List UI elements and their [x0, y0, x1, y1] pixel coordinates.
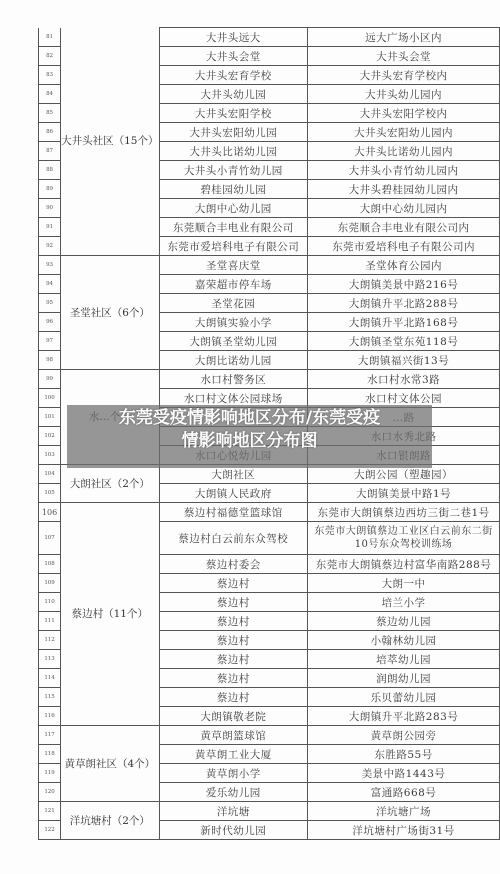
site-address-cell: 大朗镇升平北路168号: [308, 313, 500, 332]
row-number: 112: [39, 631, 61, 650]
site-name-cell: 蔡边村福德堂篮球馆: [159, 503, 308, 522]
site-name-cell: 水口村警务区: [159, 370, 308, 389]
site-name-cell: 蔡边村: [159, 574, 308, 593]
site-name-cell: 大井头幼儿园: [159, 85, 308, 104]
row-number: 116: [39, 707, 61, 726]
site-address-cell: 培兰小学: [308, 593, 500, 612]
site-name-cell: 大朗镇圣堂幼儿园: [159, 332, 308, 351]
site-address-cell: 东莞市大朗镇蔡边村富华南路288号: [308, 555, 500, 574]
site-address-cell: 大朗镇福兴街13号: [308, 351, 500, 370]
site-name-cell: 蔡边村: [159, 593, 308, 612]
site-name-cell: 黄草朗小学: [159, 764, 308, 783]
site-name-cell: 新时代幼儿园: [159, 821, 308, 840]
row-number: 92: [39, 237, 61, 256]
caption-text: 东莞受疫情影响地区分布/东莞受疫 情影响地区分布图: [67, 407, 432, 453]
site-name-cell: 大朗比诺幼儿园: [159, 351, 308, 370]
site-name-cell: 东莞市爱培科电子有限公司: [159, 237, 308, 256]
row-number: 111: [39, 612, 61, 631]
row-number: 115: [39, 688, 61, 707]
site-address-cell: 水口村水常3路: [308, 370, 500, 389]
community-cell: 黄草朗社区（4个）: [61, 726, 159, 802]
row-number: 118: [39, 745, 61, 764]
site-name-cell: 嘉荣超市停车场: [159, 275, 308, 294]
row-number: 101: [39, 408, 61, 427]
site-address-cell: 东莞市爱培科电子有限公司内: [308, 237, 500, 256]
site-name-cell: 大朗中心幼儿园: [159, 199, 308, 218]
site-name-cell: 蔡边村: [159, 650, 308, 669]
site-address-cell: 大井头会堂: [308, 47, 500, 66]
row-number: 83: [39, 66, 61, 85]
row-number: 113: [39, 650, 61, 669]
site-name-cell: 大井头比诺幼儿园: [159, 142, 308, 161]
site-name-cell: 黄草朗工业大厦: [159, 745, 308, 764]
site-name-cell: 黄草朗篮球馆: [159, 726, 308, 745]
table-row: 93圣堂社区（6个）圣堂喜庆堂圣堂体育公园内: [39, 256, 500, 275]
site-address-cell: 远大广场小区内: [308, 28, 500, 47]
site-address-cell: 东莞市大朗镇蔡边工业区白云前东二街10号东众驾校训练场: [308, 522, 500, 555]
site-name-cell: 大井头宏育学校: [159, 66, 308, 85]
row-number: 94: [39, 275, 61, 294]
row-number: 100: [39, 389, 61, 408]
site-address-cell: 黄草朗公园旁: [308, 726, 500, 745]
row-number: 105: [39, 484, 61, 503]
table-row: 121洋坑塘村（2个）洋坑塘洋坑塘广场: [39, 802, 500, 821]
site-address-cell: 大井头幼儿园内: [308, 85, 500, 104]
caption-line-1: 东莞受疫情影响地区分布/东莞受疫: [67, 407, 432, 430]
site-name-cell: 蔡边村: [159, 612, 308, 631]
site-name-cell: 圣堂喜庆堂: [159, 256, 308, 275]
site-name-cell: 大朗镇敬老院: [159, 707, 308, 726]
site-name-cell: 东莞顺合丰电业有限公司: [159, 218, 308, 237]
site-name-cell: 大朗镇实验小学: [159, 313, 308, 332]
row-number: 88: [39, 161, 61, 180]
row-number: 84: [39, 85, 61, 104]
site-address-cell: 大朗镇美景中路1号: [308, 484, 500, 503]
site-name-cell: 大井头宏阳幼儿园: [159, 123, 308, 142]
site-name-cell: 大井头小青竹幼儿园: [159, 161, 308, 180]
row-number: 97: [39, 332, 61, 351]
site-name-cell: 蔡边村白云前东众驾校: [159, 522, 308, 555]
community-cell: 洋坑塘村（2个）: [61, 802, 159, 840]
community-cell: 圣堂社区（6个）: [61, 256, 159, 370]
site-name-cell: 圣堂花园: [159, 294, 308, 313]
row-number: 120: [39, 783, 61, 802]
row-number: 89: [39, 180, 61, 199]
row-number: 103: [39, 446, 61, 465]
site-name-cell: 大朗镇人民政府: [159, 484, 308, 503]
row-number: 117: [39, 726, 61, 745]
site-address-cell: 美景中路1443号: [308, 764, 500, 783]
row-number: 95: [39, 294, 61, 313]
row-number: 109: [39, 574, 61, 593]
site-name-cell: 蔡边村: [159, 688, 308, 707]
site-address-cell: 洋坑塘村广场街31号: [308, 821, 500, 840]
site-name-cell: 蔡边村委会: [159, 555, 308, 574]
site-address-cell: 培萃幼儿园: [308, 650, 500, 669]
site-name-cell: 蔡边村: [159, 669, 308, 688]
table-row: 117黄草朗社区（4个）黄草朗篮球馆黄草朗公园旁: [39, 726, 500, 745]
row-number: 122: [39, 821, 61, 840]
site-name-cell: 大井头会堂: [159, 47, 308, 66]
site-address-cell: 大井头宏阳幼儿园内: [308, 123, 500, 142]
site-address-cell: 大井头碧桂园幼儿园内: [308, 180, 500, 199]
site-address-cell: 大朗镇圣堂东苑118号: [308, 332, 500, 351]
site-name-cell: 大井头远大: [159, 28, 308, 47]
site-address-cell: 圣堂体育公园内: [308, 256, 500, 275]
row-number: 102: [39, 427, 61, 446]
site-address-cell: 洋坑塘广场: [308, 802, 500, 821]
row-number: 114: [39, 669, 61, 688]
row-number: 104: [39, 465, 61, 484]
site-address-cell: 大朗镇美景中路216号: [308, 275, 500, 294]
site-address-cell: 大井头比诺幼儿园内: [308, 142, 500, 161]
site-address-cell: 大井头宏育学校内: [308, 66, 500, 85]
site-address-cell: 东莞市大朗镇蔡边西坊三街二巷1号: [308, 503, 500, 522]
row-number: 107: [39, 522, 61, 555]
site-address-cell: 大朗一中: [308, 574, 500, 593]
site-address-cell: 蔡边幼儿园: [308, 612, 500, 631]
site-address-cell: 大井头小青竹幼儿园内: [308, 161, 500, 180]
community-cell: 大井头社区（15个）: [61, 28, 159, 256]
site-address-cell: 小翰林幼儿园: [308, 631, 500, 650]
row-number: 98: [39, 351, 61, 370]
site-name-cell: 碧桂园幼儿园: [159, 180, 308, 199]
table-row: 81大井头社区（15个）大井头远大远大广场小区内: [39, 28, 500, 47]
site-name-cell: 洋坑塘: [159, 802, 308, 821]
site-address-cell: 大朗镇升平北路288号: [308, 294, 500, 313]
row-number: 108: [39, 555, 61, 574]
row-number: 85: [39, 104, 61, 123]
site-address-cell: 东莞顺合丰电业有限公司内: [308, 218, 500, 237]
row-number: 91: [39, 218, 61, 237]
site-address-cell: 大朗镇升平北路283号: [308, 707, 500, 726]
row-number: 121: [39, 802, 61, 821]
site-name-cell: 爱乐幼儿园: [159, 783, 308, 802]
row-number: 90: [39, 199, 61, 218]
site-name-cell: 大井头宏阳学校: [159, 104, 308, 123]
document-page: 81大井头社区（15个）大井头远大远大广场小区内82大井头会堂大井头会堂83大井…: [0, 0, 500, 874]
row-number: 106: [39, 503, 61, 522]
table-row: 99水…个）水口村警务区水口村水常3路: [39, 370, 500, 389]
site-address-cell: 乐贝蕾幼儿园: [308, 688, 500, 707]
row-number: 86: [39, 123, 61, 142]
row-number: 87: [39, 142, 61, 161]
caption-line-2: 情影响地区分布图: [67, 430, 432, 453]
site-name-cell: 蔡边村: [159, 631, 308, 650]
site-address-cell: 大井头宏阳学校内: [308, 104, 500, 123]
site-address-cell: 富通路668号: [308, 783, 500, 802]
row-number: 93: [39, 256, 61, 275]
community-cell: 蔡边村（11个）: [61, 503, 159, 726]
site-address-cell: 润朗幼儿园: [308, 669, 500, 688]
table-row: 106蔡边村（11个）蔡边村福德堂篮球馆东莞市大朗镇蔡边西坊三街二巷1号: [39, 503, 500, 522]
community-cell: 大朗社区（2个）: [61, 465, 159, 503]
row-number: 96: [39, 313, 61, 332]
site-address-cell: 大朗中心幼儿园内: [308, 199, 500, 218]
site-address-cell: 东胜路55号: [308, 745, 500, 764]
row-number: 110: [39, 593, 61, 612]
row-number: 81: [39, 28, 61, 47]
row-number: 119: [39, 764, 61, 783]
row-number: 82: [39, 47, 61, 66]
row-number: 99: [39, 370, 61, 389]
